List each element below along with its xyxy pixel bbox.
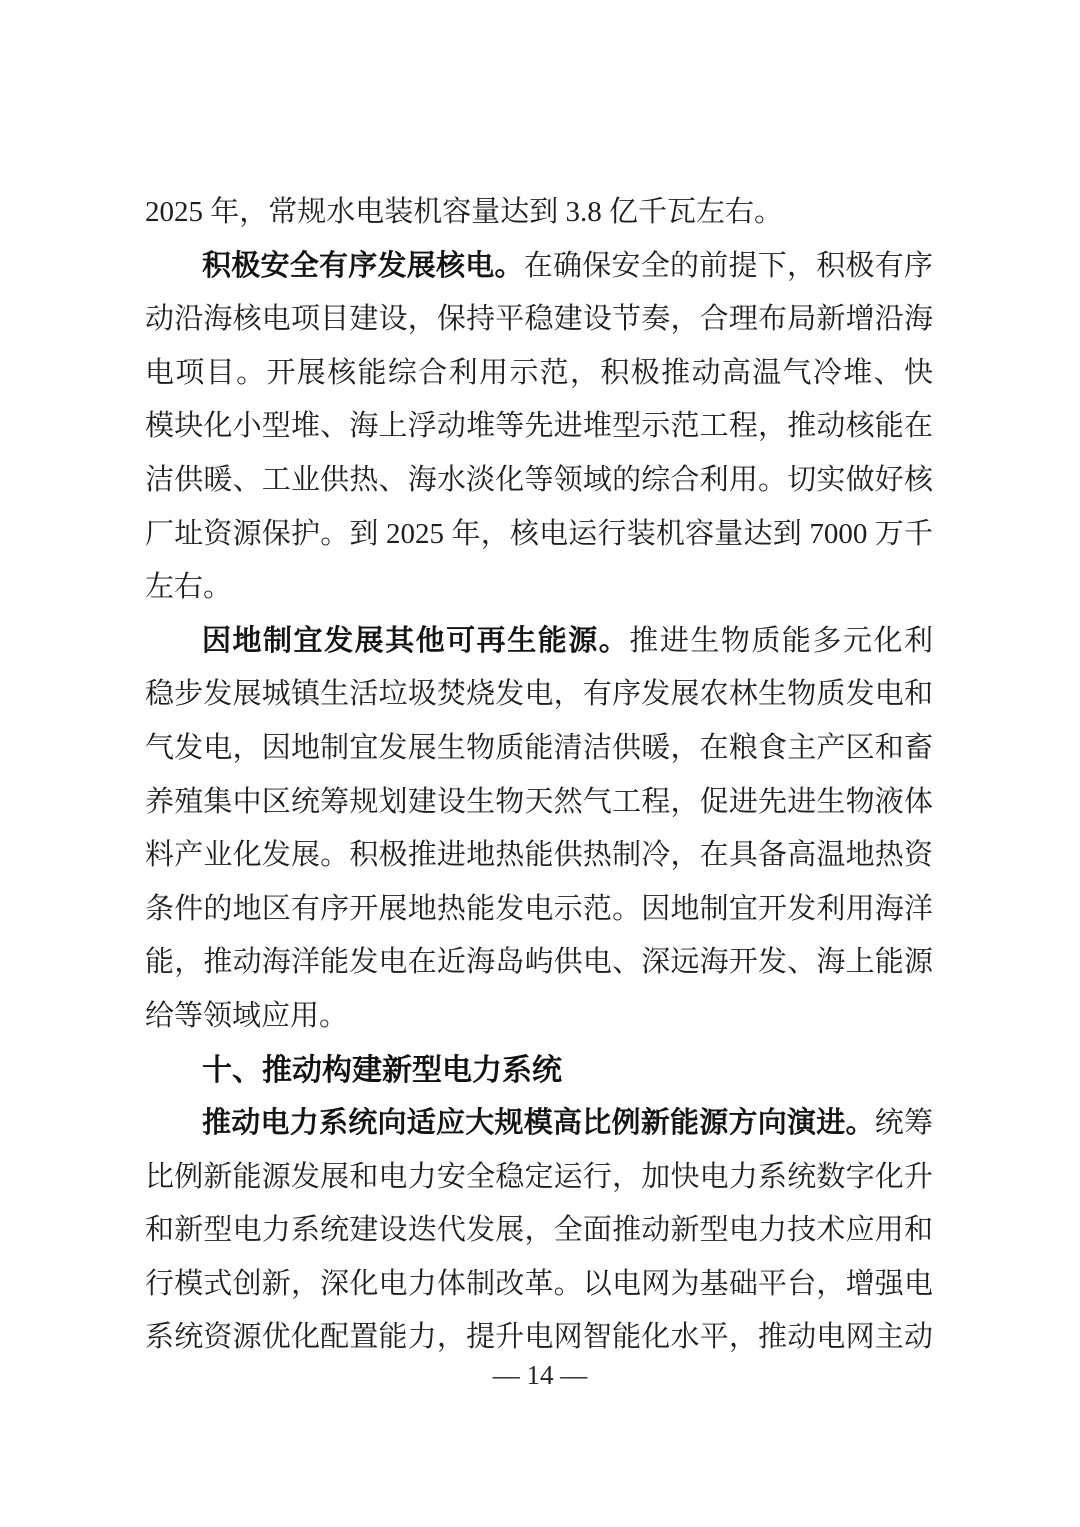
text-line: 能，推动海洋能发电在近海岛屿供电、深远海开发、海上能源补 xyxy=(145,936,933,990)
document-body: 2025 年，常规水电装机容量达到 3.8 亿千瓦左右。积极安全有序发展核电。在… xyxy=(145,186,933,1365)
body-text: 养殖集中区统筹规划建设生物天然气工程，促进先进生物液体燃 xyxy=(145,786,933,830)
text-line: 电项目。开展核能综合利用示范，积极推动高温气冷堆、快堆、 xyxy=(145,347,933,401)
text-line: 稳步发展城镇生活垃圾焚烧发电，有序发展农林生物质发电和沼 xyxy=(145,668,933,722)
bold-lead-text: 推动电力系统向适应大规模高比例新能源方向演进。 xyxy=(202,1107,875,1139)
text-line: 动沿海核电项目建设，保持平稳建设节奏，合理布局新增沿海核 xyxy=(145,293,933,347)
body-text: 稳步发展城镇生活垃圾焚烧发电，有序发展农林生物质发电和沼 xyxy=(145,678,933,722)
text-line: 料产业化发展。积极推进地热能供热制冷，在具备高温地热资源 xyxy=(145,829,933,883)
text-line: 行模式创新，深化电力体制改革。以电网为基础平台，增强电力 xyxy=(145,1258,933,1312)
body-text: 比例新能源发展和电力安全稳定运行，加快电力系统数字化升级 xyxy=(145,1161,933,1205)
text-line: 系统资源优化配置能力，提升电网智能化水平，推动电网主动适 xyxy=(145,1311,933,1365)
body-text: 动沿海核电项目建设，保持平稳建设节奏，合理布局新增沿海核 xyxy=(145,303,933,347)
text-line: 因地制宜发展其他可再生能源。推进生物质能多元化利用， xyxy=(145,615,933,669)
body-text: 厂址资源保护。到 2025 年，核电运行装机容量达到 7000 万千瓦 xyxy=(145,518,933,562)
bold-lead-text: 因地制宜发展其他可再生能源。 xyxy=(202,625,629,657)
page-number: — 14 — xyxy=(0,1360,1080,1391)
body-text: 能，推动海洋能发电在近海岛屿供电、深远海开发、海上能源补 xyxy=(145,946,933,990)
section-heading: 十、推动构建新型电力系统 xyxy=(145,1044,933,1098)
text-line: 洁供暖、工业供热、海水淡化等领域的综合利用。切实做好核电 xyxy=(145,454,933,508)
body-text: 料产业化发展。积极推进地热能供热制冷，在具备高温地热资源 xyxy=(145,839,933,883)
text-line: 和新型电力系统建设迭代发展，全面推动新型电力技术应用和运 xyxy=(145,1204,933,1258)
text-line: 左右。 xyxy=(145,561,933,615)
text-line: 条件的地区有序开展地热能发电示范。因地制宜开发利用海洋 xyxy=(145,883,933,937)
body-text: 2025 年，常规水电装机容量达到 3.8 亿千瓦左右。 xyxy=(145,196,783,228)
body-text: 系统资源优化配置能力，提升电网智能化水平，推动电网主动适 xyxy=(145,1321,933,1365)
body-text: 条件的地区有序开展地热能发电示范。因地制宜开发利用海洋 xyxy=(145,893,933,925)
body-text: 行模式创新，深化电力体制改革。以电网为基础平台，增强电力 xyxy=(145,1268,933,1312)
text-line: 给等领域应用。 xyxy=(145,990,933,1044)
text-line: 积极安全有序发展核电。在确保安全的前提下，积极有序推 xyxy=(145,240,933,294)
text-line: 厂址资源保护。到 2025 年，核电运行装机容量达到 7000 万千瓦 xyxy=(145,508,933,562)
body-text: 和新型电力系统建设迭代发展，全面推动新型电力技术应用和运 xyxy=(145,1214,933,1258)
text-line: 养殖集中区统筹规划建设生物天然气工程，促进先进生物液体燃 xyxy=(145,776,933,830)
document-page: 2025 年，常规水电装机容量达到 3.8 亿千瓦左右。积极安全有序发展核电。在… xyxy=(0,0,1080,1527)
body-text: 模块化小型堆、海上浮动堆等先进堆型示范工程，推动核能在清 xyxy=(145,410,933,454)
text-line: 2025 年，常规水电装机容量达到 3.8 亿千瓦左右。 xyxy=(145,186,933,240)
body-text: 电项目。开展核能综合利用示范，积极推动高温气冷堆、快堆、 xyxy=(145,357,933,401)
body-text: 给等领域应用。 xyxy=(145,1000,348,1032)
body-text: 气发电，因地制宜发展生物质能清洁供暖，在粮食主产区和畜禽 xyxy=(145,732,933,776)
body-text: 左右。 xyxy=(145,571,232,603)
text-line: 推动电力系统向适应大规模高比例新能源方向演进。统筹高 xyxy=(145,1097,933,1151)
text-line: 比例新能源发展和电力安全稳定运行，加快电力系统数字化升级 xyxy=(145,1151,933,1205)
body-text: 洁供暖、工业供热、海水淡化等领域的综合利用。切实做好核电 xyxy=(145,464,933,508)
bold-lead-text: 积极安全有序发展核电。 xyxy=(202,250,524,282)
text-line: 气发电，因地制宜发展生物质能清洁供暖，在粮食主产区和畜禽 xyxy=(145,722,933,776)
text-line: 模块化小型堆、海上浮动堆等先进堆型示范工程，推动核能在清 xyxy=(145,400,933,454)
